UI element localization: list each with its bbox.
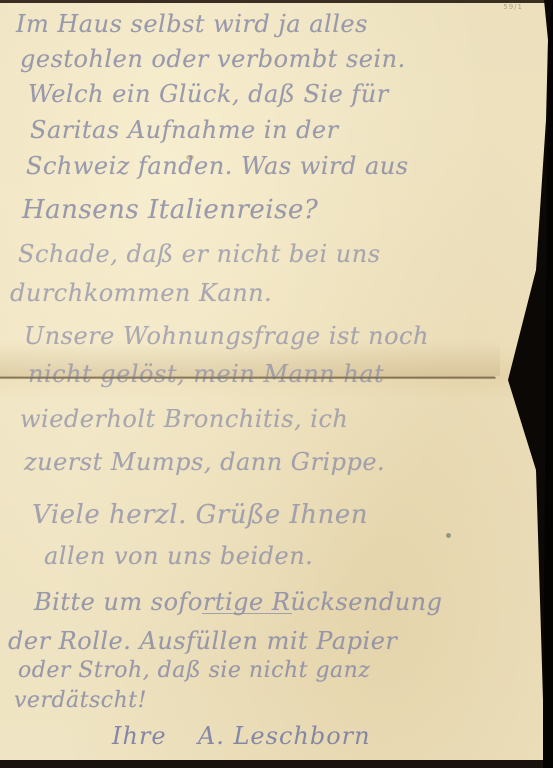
letter-line: durchkommen Kann. [10, 279, 272, 307]
letter-line: Welch ein Glück, daß Sie für [28, 80, 389, 108]
letter-line: nicht gelöst, mein Mann hat [28, 360, 384, 388]
letter-line: Viele herzl. Grüße Ihnen [32, 500, 368, 530]
letter-line: oder Stroh, daß sie nicht ganz [18, 658, 370, 683]
bottom-edge [0, 760, 553, 768]
letter-line: zuerst Mumps, dann Grippe. [24, 448, 385, 476]
letter-line: allen von uns beiden. [44, 542, 313, 570]
letter-line: Unsere Wohnungsfrage ist noch [24, 322, 429, 350]
signature-name: A. Leschborn [198, 722, 371, 750]
stain-mark [446, 533, 451, 538]
signature-block: Ihre A. Leschborn [112, 722, 371, 750]
closing-text: Ihre [112, 722, 167, 750]
letter-line: Schade, daß er nicht bei uns [18, 240, 381, 268]
letter-line: Bitte um sofortige Rücksendung [34, 588, 443, 616]
letter-line: Hansens Italienreise? [22, 195, 318, 225]
underline-sofortige [202, 613, 292, 614]
letter-line: gestohlen oder verbombt sein. [20, 45, 406, 73]
letter-line: Schweiz fanden. Was wird aus [26, 152, 409, 180]
letter-line: wiederholt Bronchitis, ich [20, 405, 348, 433]
letter-page: 59/1 Im Haus selbst wird ja alles gestoh… [0, 0, 553, 768]
letter-line: Im Haus selbst wird ja alles [16, 10, 368, 38]
letter-line: verdätscht! [14, 688, 147, 713]
page-marker: 59/1 [503, 3, 523, 11]
letter-line: Saritas Aufnahme in der [30, 116, 339, 144]
top-edge [0, 0, 553, 3]
letter-line: der Rolle. Ausfüllen mit Papier [8, 627, 397, 655]
